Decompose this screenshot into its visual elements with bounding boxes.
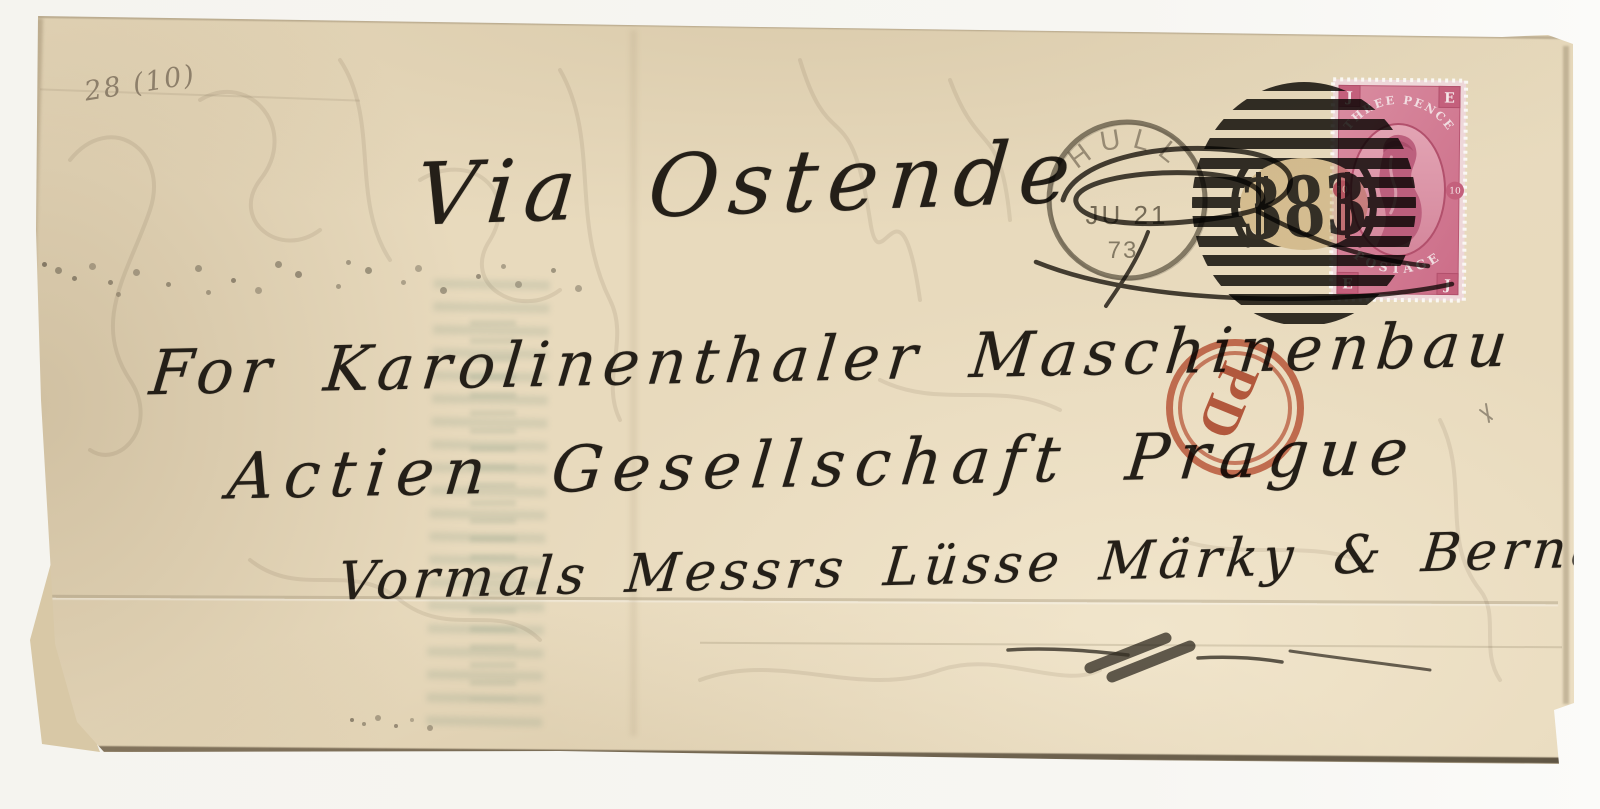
scribble-descender (1106, 232, 1148, 306)
scribble-tail (1257, 211, 1428, 266)
signature-flourish (1290, 651, 1430, 670)
dash-mark-left (1008, 649, 1128, 655)
dash-mark-right (1198, 657, 1282, 662)
scribble-underline (1036, 262, 1452, 299)
envelope: 28 (10) Via Ostende For Karolinenthaler … (0, 0, 1600, 809)
tiny-pencil-mark (1480, 404, 1492, 422)
scanned-cover-photo: 28 (10) Via Ostende For Karolinenthaler … (0, 0, 1600, 809)
manuscript-ink-marks (0, 0, 1600, 809)
